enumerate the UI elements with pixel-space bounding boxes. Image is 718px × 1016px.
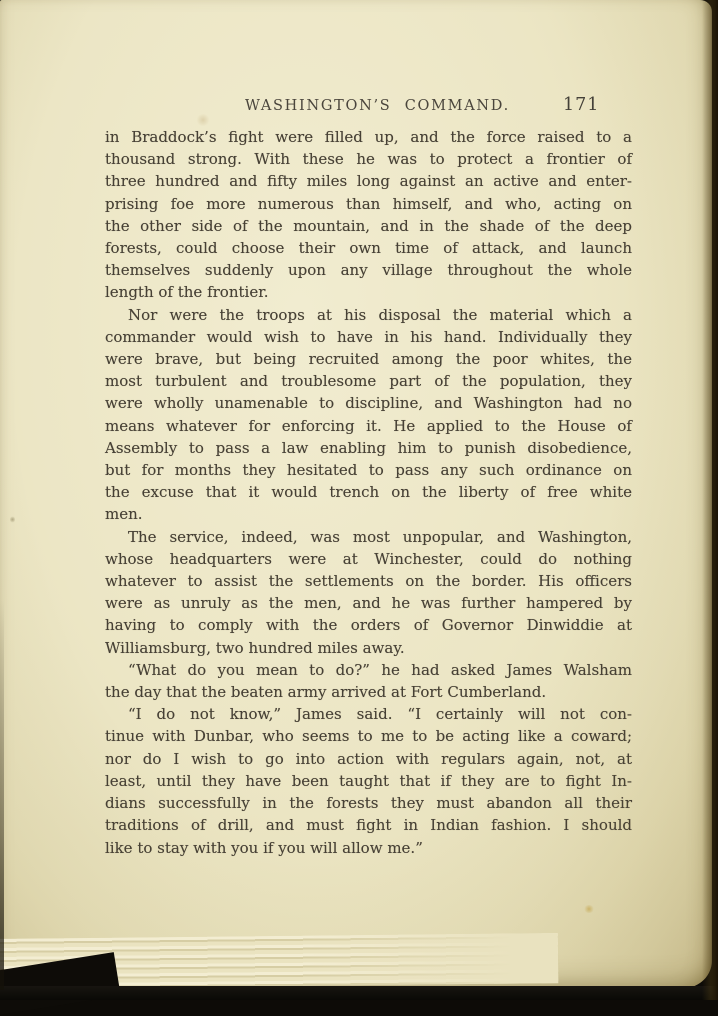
text-line: length of the frontier. <box>105 281 632 303</box>
text-line: like to stay with you if you will allow … <box>105 837 632 859</box>
text-line: whatever to assist the settlements on th… <box>105 570 632 592</box>
text-line: were brave, but being recruited among th… <box>105 348 632 370</box>
text-line: but for months they hesitated to pass an… <box>105 459 632 481</box>
book-right-edge <box>702 0 718 1000</box>
book-bottom-edge <box>0 986 718 1000</box>
text-line: having to comply with the orders of Gove… <box>105 614 632 636</box>
text-line: whose headquarters were at Winchester, c… <box>105 548 632 570</box>
text-line: were wholly unamenable to discipline, an… <box>105 392 632 414</box>
book-left-edge <box>0 600 4 990</box>
text-line: themselves suddenly upon any village thr… <box>105 259 632 281</box>
text-line: the excuse that it would trench on the l… <box>105 481 632 503</box>
book-page: WASHINGTON’S COMMAND. 171 in Braddock’s … <box>0 0 712 988</box>
text-line: “What do you mean to do?” he had asked J… <box>105 659 632 681</box>
paper-stain <box>10 516 15 523</box>
text-line: prising foe more numerous than himself, … <box>105 193 632 215</box>
text-line: commander would wish to have in his hand… <box>105 326 632 348</box>
running-title: WASHINGTON’S COMMAND. <box>245 98 510 114</box>
text-line: Williamsburg, two hundred miles away. <box>105 637 632 659</box>
text-line: thousand strong. With these he was to pr… <box>105 148 632 170</box>
page-number: 171 <box>563 95 599 115</box>
paper-stain <box>584 905 594 913</box>
text-line: the other side of the mountain, and in t… <box>105 215 632 237</box>
page-text: in Braddock’s fight were filled up, and … <box>105 126 632 859</box>
text-line: nor do I wish to go into action with reg… <box>105 748 632 770</box>
text-line: Nor were the troops at his disposal the … <box>105 304 632 326</box>
text-line: forests, could choose their own time of … <box>105 237 632 259</box>
text-line: the day that the beaten army arrived at … <box>105 681 632 703</box>
book-photo: WASHINGTON’S COMMAND. 171 in Braddock’s … <box>0 0 718 1000</box>
text-line: traditions of drill, and must fight in I… <box>105 814 632 836</box>
text-line: most turbulent and troublesome part of t… <box>105 370 632 392</box>
text-line: were as unruly as the men, and he was fu… <box>105 592 632 614</box>
text-line: least, until they have been taught that … <box>105 770 632 792</box>
text-line: dians successfully in the forests they m… <box>105 792 632 814</box>
text-line: men. <box>105 503 632 525</box>
text-line: “I do not know,” James said. “I certainl… <box>105 703 632 725</box>
text-line: The service, indeed, was most unpopular,… <box>105 526 632 548</box>
text-line: Assembly to pass a law enabling him to p… <box>105 437 632 459</box>
text-line: three hundred and fifty miles long again… <box>105 170 632 192</box>
page-header: WASHINGTON’S COMMAND. 171 <box>105 95 632 119</box>
text-line: tinue with Dunbar, who seems to me to be… <box>105 725 632 747</box>
text-line: means whatever for enforcing it. He appl… <box>105 415 632 437</box>
text-line: in Braddock’s fight were filled up, and … <box>105 126 632 148</box>
